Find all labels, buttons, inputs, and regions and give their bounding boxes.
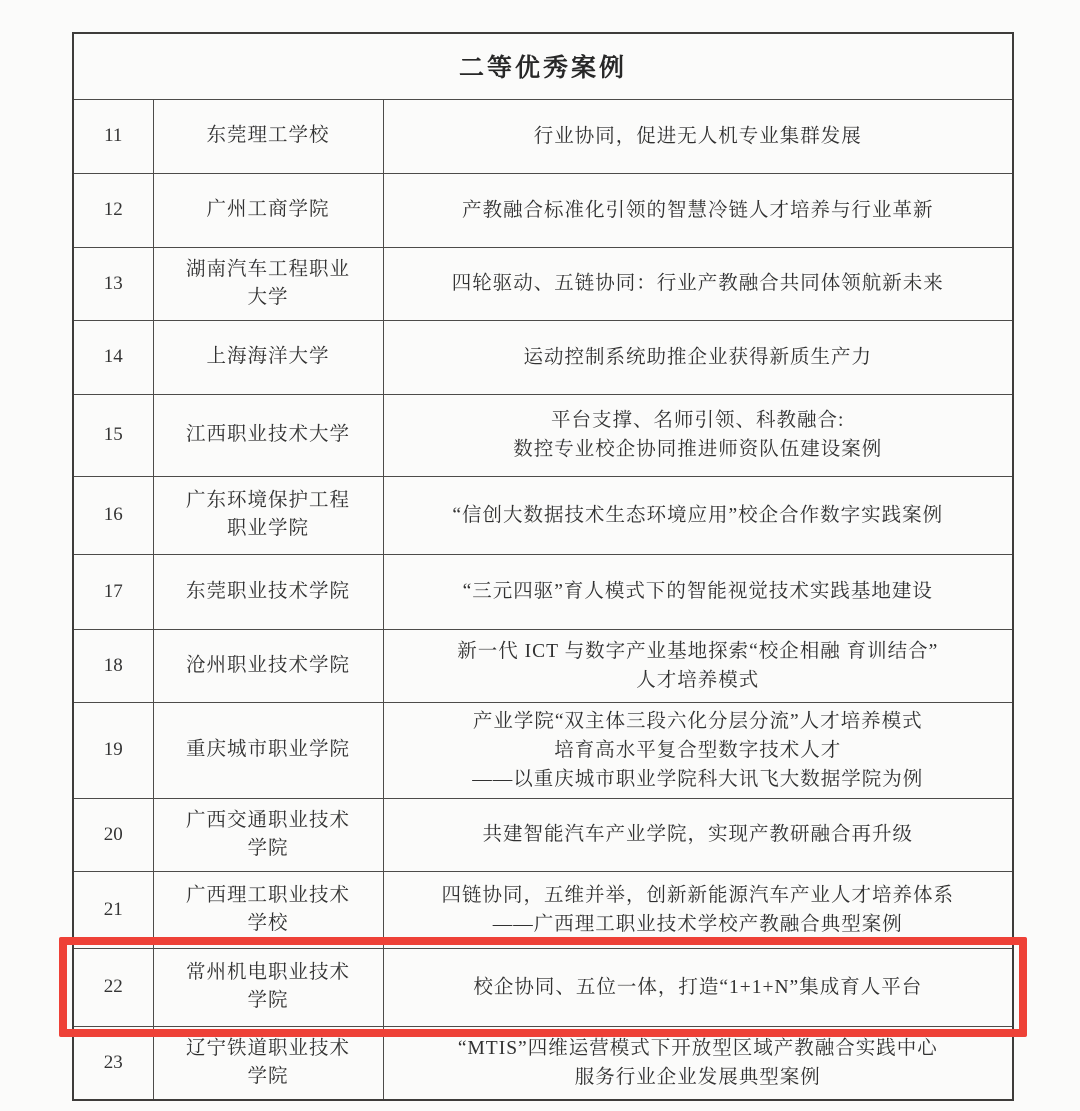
school-name: 沧州职业技术学院 [153,629,383,702]
case-title: 行业协同，促进无人机专业集群发展 [383,99,1013,173]
row-number: 12 [73,173,153,247]
case-title: “信创大数据技术生态环境应用”校企合作数字实践案例 [383,476,1013,554]
table-row: 11 东莞理工学校 行业协同，促进无人机专业集群发展 [73,99,1013,173]
scanned-document-page: 二等优秀案例 11 东莞理工学校 行业协同，促进无人机专业集群发展 12 广州工… [0,0,1080,1111]
case-title: 四轮驱动、五链协同：行业产教融合共同体领航新未来 [383,247,1013,320]
table-row: 23 辽宁铁道职业技术学院 “MTIS”四维运营模式下开放型区域产教融合实践中心… [73,1026,1013,1100]
table-row: 18 沧州职业技术学院 新一代 ICT 与数字产业基地探索“校企相融 育训结合”… [73,629,1013,702]
school-name: 湖南汽车工程职业大学 [153,247,383,320]
table-row: 14 上海海洋大学 运动控制系统助推企业获得新质生产力 [73,320,1013,394]
school-name: 广西理工职业技术学校 [153,871,383,948]
school-name: 广东环境保护工程职业学院 [153,476,383,554]
case-title: 校企协同、五位一体，打造“1+1+N”集成育人平台 [383,948,1013,1026]
row-number: 21 [73,871,153,948]
table-row: 21 广西理工职业技术学校 四链协同，五维并举，创新新能源汽车产业人才培养体系—… [73,871,1013,948]
table-title: 二等优秀案例 [73,33,1013,99]
award-cases-table: 二等优秀案例 11 东莞理工学校 行业协同，促进无人机专业集群发展 12 广州工… [72,32,1014,1101]
school-name: 江西职业技术大学 [153,394,383,476]
table-row: 16 广东环境保护工程职业学院 “信创大数据技术生态环境应用”校企合作数字实践案… [73,476,1013,554]
school-name: 东莞职业技术学院 [153,554,383,629]
table-row: 19 重庆城市职业学院 产业学院“双主体三段六化分层分流”人才培养模式培育高水平… [73,702,1013,798]
row-number: 20 [73,798,153,871]
case-title: 四链协同，五维并举，创新新能源汽车产业人才培养体系——广西理工职业技术学校产教融… [383,871,1013,948]
case-title: 平台支撑、名师引领、科教融合:数控专业校企协同推进师资队伍建设案例 [383,394,1013,476]
table-row: 17 东莞职业技术学院 “三元四驱”育人模式下的智能视觉技术实践基地建设 [73,554,1013,629]
school-name: 广州工商学院 [153,173,383,247]
row-number: 16 [73,476,153,554]
row-number: 18 [73,629,153,702]
case-title: 产业学院“双主体三段六化分层分流”人才培养模式培育高水平复合型数字技术人才——以… [383,702,1013,798]
row-number: 19 [73,702,153,798]
table-row: 20 广西交通职业技术学院 共建智能汽车产业学院，实现产教研融合再升级 [73,798,1013,871]
row-number: 14 [73,320,153,394]
table-row: 15 江西职业技术大学 平台支撑、名师引领、科教融合:数控专业校企协同推进师资队… [73,394,1013,476]
school-name: 广西交通职业技术学院 [153,798,383,871]
case-title: 新一代 ICT 与数字产业基地探索“校企相融 育训结合”人才培养模式 [383,629,1013,702]
table-title-row: 二等优秀案例 [73,33,1013,99]
row-number: 11 [73,99,153,173]
table-row: 12 广州工商学院 产教融合标准化引领的智慧冷链人才培养与行业革新 [73,173,1013,247]
case-title: “MTIS”四维运营模式下开放型区域产教融合实践中心服务行业企业发展典型案例 [383,1026,1013,1100]
table-row: 13 湖南汽车工程职业大学 四轮驱动、五链协同：行业产教融合共同体领航新未来 [73,247,1013,320]
case-title: 运动控制系统助推企业获得新质生产力 [383,320,1013,394]
school-name: 东莞理工学校 [153,99,383,173]
table-row-highlighted: 22 常州机电职业技术学院 校企协同、五位一体，打造“1+1+N”集成育人平台 [73,948,1013,1026]
row-number: 17 [73,554,153,629]
school-name: 上海海洋大学 [153,320,383,394]
school-name: 辽宁铁道职业技术学院 [153,1026,383,1100]
row-number: 22 [73,948,153,1026]
case-title: “三元四驱”育人模式下的智能视觉技术实践基地建设 [383,554,1013,629]
row-number: 15 [73,394,153,476]
row-number: 13 [73,247,153,320]
case-title: 产教融合标准化引领的智慧冷链人才培养与行业革新 [383,173,1013,247]
school-name: 重庆城市职业学院 [153,702,383,798]
case-title: 共建智能汽车产业学院，实现产教研融合再升级 [383,798,1013,871]
school-name: 常州机电职业技术学院 [153,948,383,1026]
row-number: 23 [73,1026,153,1100]
